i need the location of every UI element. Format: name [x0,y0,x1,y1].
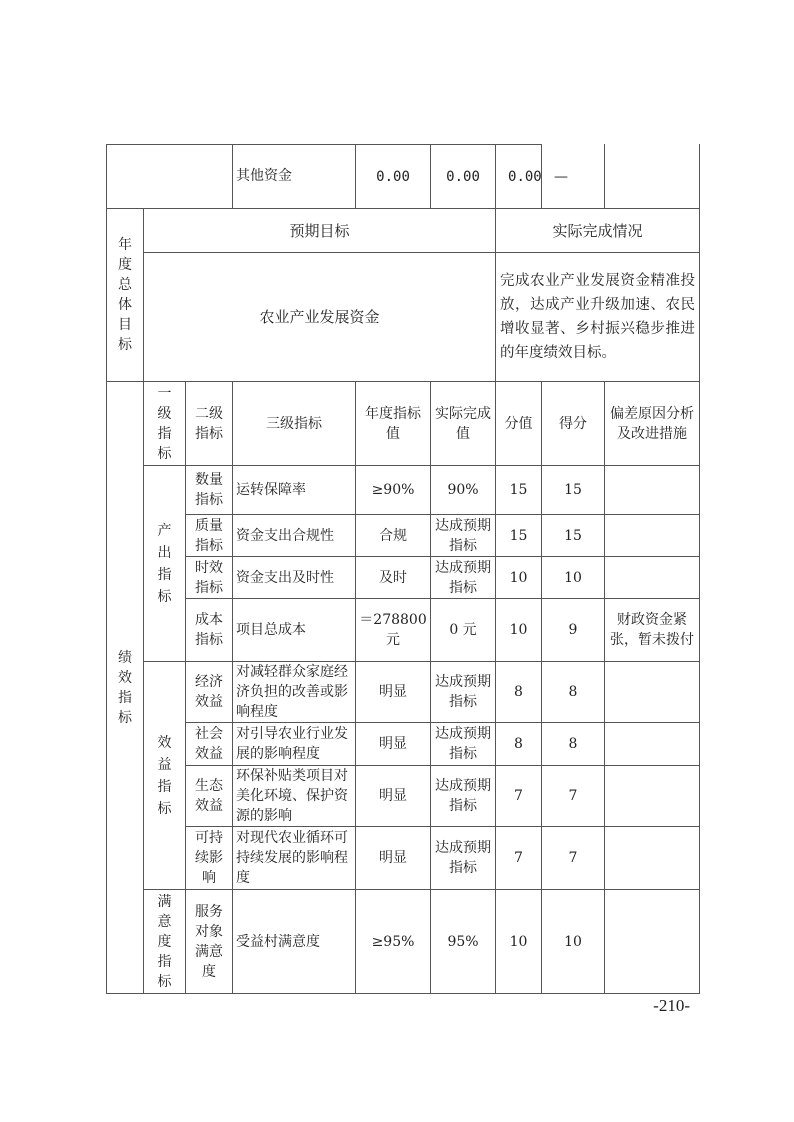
indicator-row: 满意度指标 服务对象满意度 受益村满意度 ≥95% 95% 10 10 [107,890,700,994]
deviation-cell [605,766,700,827]
funding-label: 其他资金 [233,145,356,209]
actual-cell: 达成预期指标 [431,515,496,557]
actual-cell: 达成预期指标 [431,662,496,723]
performance-table: 其他资金 0.00 0.00 0.00 — 年度总体目标 预期目标 实际完成情况… [106,144,700,994]
funding-full-year-budget: 0.00 [431,145,496,209]
level3-cell: 资金支出及时性 [233,557,356,599]
header-level1-text: 一级指标 [157,384,173,464]
performance-section-label: 绩效指标 [107,382,144,994]
level3-cell: 对引导农业行业发展的影响程度 [233,723,356,766]
level1-satisfaction-text: 满意度指标 [157,892,173,992]
actual-cell: 达成预期指标 [431,557,496,599]
funding-empty-cell [107,145,233,209]
score-cell: 10 [542,890,605,994]
header-level1: 一级指标 [144,382,186,466]
score-cell: 15 [542,466,605,515]
level3-cell: 资金支出合规性 [233,515,356,557]
level2-cell: 生态效益 [186,766,233,827]
weight-cell: 7 [496,766,542,827]
deviation-cell [605,827,700,890]
level3-cell: 项目总成本 [233,599,356,662]
page-number: -210- [653,996,690,1016]
level3-cell: 环保补贴类项目对美化环境、保护资源的影响 [233,766,356,827]
funding-score: — [542,145,605,209]
level1-output: 产出指标 [144,466,186,662]
target-cell: ≥90% [356,466,431,515]
deviation-cell [605,890,700,994]
funding-executed: 0.00 [496,145,542,209]
indicator-row: 效益指标 经济效益 对减轻群众家庭经济负担的改善或影响程度 明显 达成预期指标 … [107,662,700,723]
deviation-cell [605,466,700,515]
indicator-row: 可持续影响 对现代农业循环可持续发展的影响程度 明显 达成预期指标 7 7 [107,827,700,890]
actual-completion-header: 实际完成情况 [496,209,700,253]
level3-cell: 对减轻群众家庭经济负担的改善或影响程度 [233,662,356,723]
weight-cell: 10 [496,599,542,662]
level2-cell: 经济效益 [186,662,233,723]
header-actual: 实际完成值 [431,382,496,466]
header-level2: 二级指标 [186,382,233,466]
indicator-row: 成本指标 项目总成本 ＝278800元 0 元 10 9 财政资金紧张，暂未拨付 [107,599,700,662]
level2-cell: 质量指标 [186,515,233,557]
header-level3: 三级指标 [233,382,356,466]
funding-row-other: 其他资金 0.00 0.00 0.00 — [107,145,700,209]
target-cell: 明显 [356,766,431,827]
score-cell: 15 [542,515,605,557]
score-cell: 8 [542,723,605,766]
indicator-row: 生态效益 环保补贴类项目对美化环境、保护资源的影响 明显 达成预期指标 7 7 [107,766,700,827]
actual-cell: 达成预期指标 [431,766,496,827]
header-target: 年度指标值 [356,382,431,466]
indicator-row: 产出指标 数量指标 运转保障率 ≥90% 90% 15 15 [107,466,700,515]
performance-section-text: 绩效指标 [117,648,133,728]
actual-cell: 0 元 [431,599,496,662]
target-cell: 明显 [356,662,431,723]
level2-cell: 服务对象满意度 [186,890,233,994]
header-weight: 分值 [496,382,542,466]
level3-cell: 受益村满意度 [233,890,356,994]
level2-cell: 可持续影响 [186,827,233,890]
level3-cell: 对现代农业循环可持续发展的影响程度 [233,827,356,890]
score-cell: 8 [542,662,605,723]
deviation-cell [605,662,700,723]
level2-cell: 数量指标 [186,466,233,515]
level1-output-text: 产出指标 [157,520,173,608]
level2-cell: 时效指标 [186,557,233,599]
header-deviation: 偏差原因分析及改进措施 [605,382,700,466]
target-cell: 明显 [356,723,431,766]
indicator-row: 时效指标 资金支出及时性 及时 达成预期指标 10 10 [107,557,700,599]
level1-benefit: 效益指标 [144,662,186,890]
weight-cell: 10 [496,890,542,994]
level1-satisfaction: 满意度指标 [144,890,186,994]
level3-cell: 运转保障率 [233,466,356,515]
actual-cell: 90% [431,466,496,515]
level2-cell: 成本指标 [186,599,233,662]
deviation-cell [605,515,700,557]
actual-cell: 达成预期指标 [431,723,496,766]
actual-cell: 达成预期指标 [431,827,496,890]
weight-cell: 15 [496,466,542,515]
expected-goal-header: 预期目标 [144,209,496,253]
weight-cell: 8 [496,723,542,766]
score-cell: 9 [542,599,605,662]
target-cell: ≥95% [356,890,431,994]
expected-goal-text: 农业产业发展资金 [144,253,496,382]
funding-execution-rate [605,145,700,209]
annual-goal-content-row: 农业产业发展资金 完成农业产业发展资金精准投放，达成产业升级加速、农民增收显著、… [107,253,700,382]
deviation-cell [605,557,700,599]
annual-goal-section-text: 年度总体目标 [117,235,133,355]
score-cell: 7 [542,766,605,827]
score-cell: 7 [542,827,605,890]
target-cell: 及时 [356,557,431,599]
weight-cell: 7 [496,827,542,890]
weight-cell: 15 [496,515,542,557]
annual-goal-section-label: 年度总体目标 [107,209,144,382]
level1-benefit-text: 效益指标 [157,732,173,820]
funding-annual-budget: 0.00 [356,145,431,209]
annual-goal-header-row: 年度总体目标 预期目标 实际完成情况 [107,209,700,253]
deviation-cell [605,723,700,766]
header-score: 得分 [542,382,605,466]
document-page: 其他资金 0.00 0.00 0.00 — 年度总体目标 预期目标 实际完成情况… [0,0,794,1122]
deviation-cell: 财政资金紧张，暂未拨付 [605,599,700,662]
target-cell: 合规 [356,515,431,557]
weight-cell: 10 [496,557,542,599]
level2-cell: 社会效益 [186,723,233,766]
actual-completion-text: 完成农业产业发展资金精准投放，达成产业升级加速、农民增收显著、乡村振兴稳步推进的… [496,253,700,382]
target-cell: ＝278800元 [356,599,431,662]
actual-cell: 95% [431,890,496,994]
indicator-row: 质量指标 资金支出合规性 合规 达成预期指标 15 15 [107,515,700,557]
indicator-row: 社会效益 对引导农业行业发展的影响程度 明显 达成预期指标 8 8 [107,723,700,766]
target-cell: 明显 [356,827,431,890]
weight-cell: 8 [496,662,542,723]
score-cell: 10 [542,557,605,599]
indicator-header-row: 绩效指标 一级指标 二级指标 三级指标 年度指标值 实际完成值 分值 得分 偏差… [107,382,700,466]
